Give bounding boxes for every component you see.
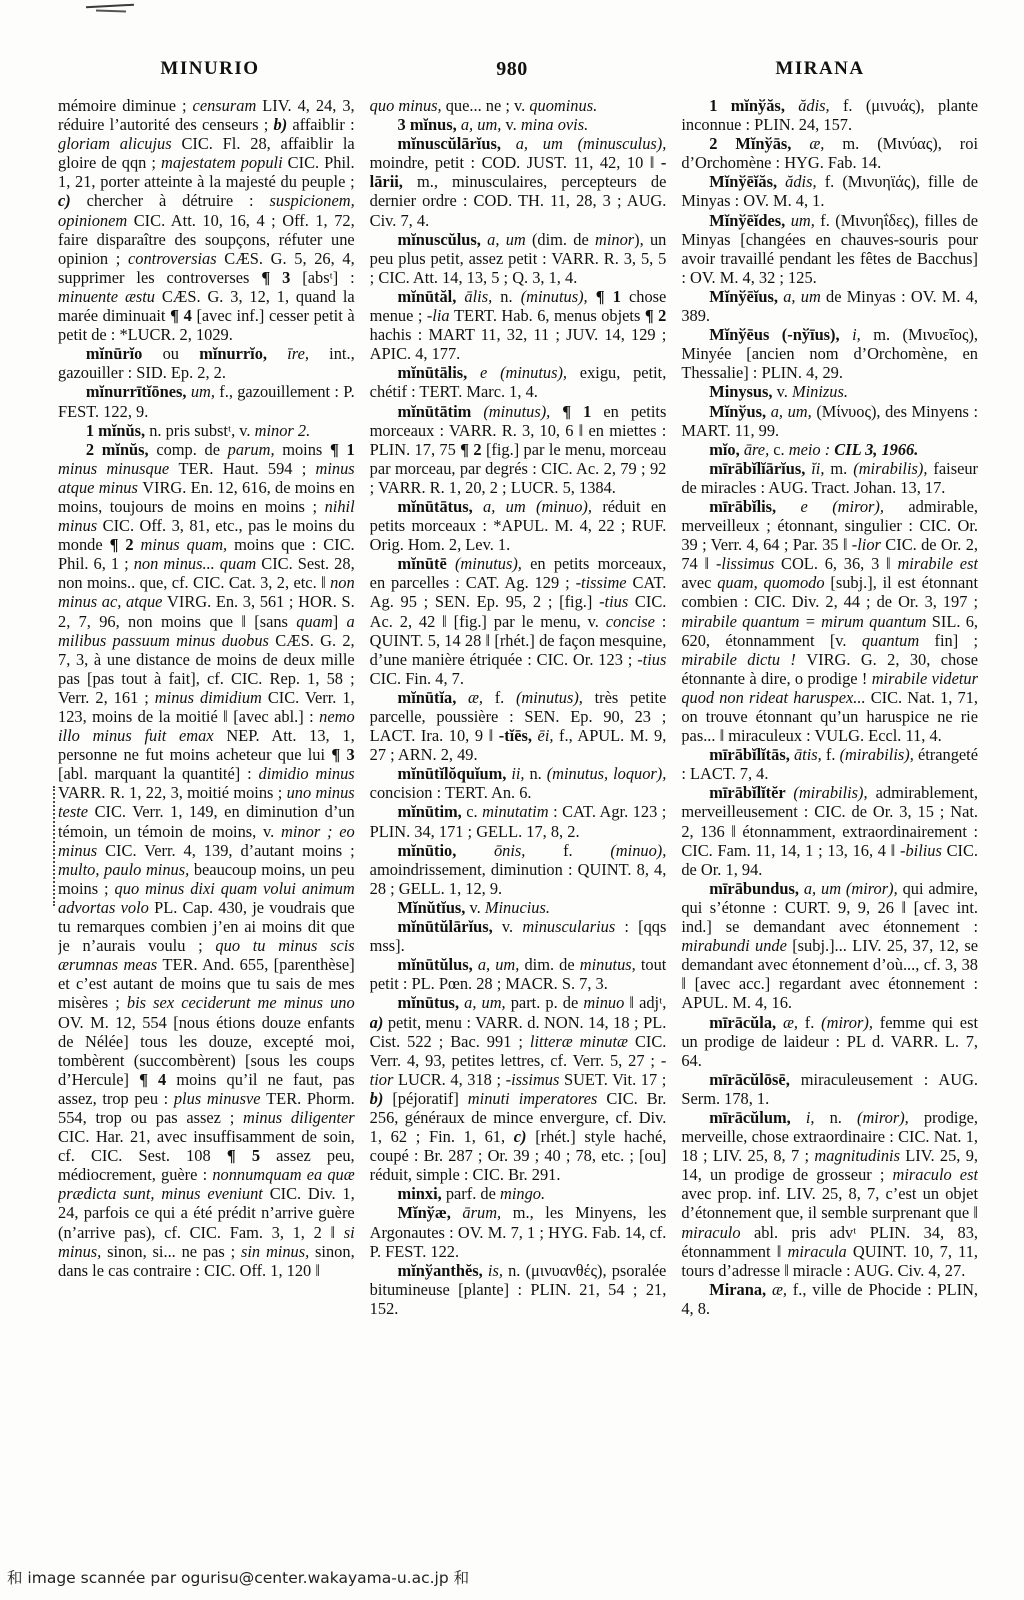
text-segment: -tissime — [576, 573, 633, 592]
text-segment: ‖ adjᵗ, — [629, 993, 666, 1012]
text-segment: mirabundi unde — [681, 936, 792, 955]
entry-paragraph: mĭnūtus, a, um, part. p. de minuo ‖ adjᵗ… — [370, 993, 667, 1184]
text-segment: f. — [805, 1013, 821, 1032]
text-segment: parum, — [228, 440, 283, 459]
page-number: 980 — [362, 58, 662, 81]
text-segment: v. — [502, 917, 522, 936]
text-segment: īre, — [287, 344, 329, 363]
text-segment: ¶ 4 — [139, 1070, 176, 1089]
scan-artifact-mark — [96, 9, 126, 12]
text-segment: (minuo), — [610, 841, 666, 860]
text-segment: 1 mĭnŭs, — [86, 421, 149, 440]
text-segment: censuram — [193, 96, 263, 115]
text-segment: a, um, — [771, 402, 817, 421]
entry-paragraph: 1 mĭnўăs, ădis, f. (μινυάς), plante inco… — [681, 96, 978, 134]
text-segment: magnitudinis — [814, 1146, 905, 1165]
entry-paragraph: minxi, parf. de mingo. — [370, 1184, 667, 1203]
text-segment: æ, — [468, 688, 495, 707]
text-column-1: mémoire diminue ; censuram LIV. 4, 24, 3… — [58, 96, 355, 1558]
text-segment: mĭnurrītĭōnes, — [86, 382, 191, 401]
text-segment: mĭnūtĭlŏquĭum, — [398, 764, 512, 783]
entry-paragraph: mīrācŭla, æ, f. (miror), femme qui est u… — [681, 1013, 978, 1070]
text-segment: CIC. Verr. 4, 139, d’autant moins ; — [105, 841, 355, 860]
entry-paragraph: mĭnūtātim (minutus), ¶ 1 en petits morce… — [370, 402, 667, 497]
text-segment: āre, — [744, 440, 773, 459]
text-segment: CIL 3, 1966. — [834, 440, 918, 459]
text-segment: mĭnūtē — [398, 554, 455, 573]
text-segment: concise — [606, 612, 662, 631]
text-segment: multo, paulo minus, — [58, 860, 194, 879]
text-segment: SUET. Vit. 17 ; — [564, 1070, 666, 1089]
text-segment: (miror), — [821, 1013, 880, 1032]
entry-paragraph: 1 mĭnŭs, n. pris substᵗ, v. minor 2. — [58, 421, 355, 440]
entry-paragraph: mĭnūtĭa, æ, f. (minutus), très petite pa… — [370, 688, 667, 764]
entry-paragraph: Mĭnўēĭăs, ădis, f. (Μινυηϊάς), fille de … — [681, 172, 978, 210]
text-segment: -issimus — [506, 1070, 564, 1089]
text-segment: quominus. — [529, 96, 597, 115]
text-segment: ālis, — [464, 287, 500, 306]
text-column-2: quo minus, que... ne ; v. quominus.3 mĭn… — [370, 96, 667, 1558]
text-segment: miraculo est — [893, 1165, 978, 1184]
entry-paragraph: mĭnūtŭlus, a, um, dim. de minutus, tout … — [370, 955, 667, 993]
text-segment: (minutus), — [455, 554, 530, 573]
text-segment: minuo — [583, 993, 629, 1012]
text-segment: mina ovis. — [521, 115, 588, 134]
text-column-3: 1 mĭnўăs, ădis, f. (μινυάς), plante inco… — [681, 96, 978, 1558]
text-segment: a, um, — [461, 115, 506, 134]
entry-paragraph: mĭnūtio, ōnis, f. (minuo), amoindrisseme… — [370, 841, 667, 898]
text-segment: Mĭnŭtĭus, — [398, 898, 470, 917]
text-segment: [péjoratif] — [392, 1089, 467, 1108]
text-segment: mĭnuscŭlārĭus, — [398, 134, 516, 153]
text-segment: (minutus), — [516, 688, 595, 707]
text-segment: ēi, — [538, 726, 560, 745]
text-segment: -lissimus — [716, 554, 781, 573]
entry-paragraph: mĭnўanthĕs, is, n. (μινυανθές), psoralée… — [370, 1261, 667, 1318]
text-segment: affaiblir : — [292, 115, 354, 134]
text-segment: ¶ 3 — [261, 268, 302, 287]
text-segment: n. — [830, 1108, 857, 1127]
text-segment: Mĭnўēĭus, — [709, 287, 783, 306]
text-segment: mirabile quantum = mirum quantum — [681, 612, 931, 631]
text-segment: æ, — [772, 1280, 793, 1299]
text-segment: c. — [773, 440, 788, 459]
entry-paragraph: mĭnurrītĭōnes, um, f., gazouillement : P… — [58, 382, 355, 420]
text-segment: ārum, — [462, 1203, 512, 1222]
text-segment: controversias — [128, 249, 224, 268]
text-segment: mĭnūtālis, — [398, 363, 480, 382]
text-segment: [abl. marquant la quantité] : — [58, 764, 259, 783]
scan-caption: 和 image scannée par ogurisu@center.wakay… — [7, 1566, 1017, 1588]
text-segment: ¶ 2 — [110, 535, 141, 554]
text-segment: dimidio minus — [259, 764, 355, 783]
text-segment: minus quam, — [141, 535, 235, 554]
text-segment: ¶ 1 — [330, 440, 355, 459]
entry-paragraph: mĭnūrĭo ou mĭnurrĭo, īre, int., gazouill… — [58, 344, 355, 382]
text-segment: mĭnuscŭlus, — [398, 230, 488, 249]
text-segment: ¶ 2 — [460, 440, 486, 459]
text-segment: minor — [595, 230, 634, 249]
entry-paragraph: Mĭnўēĭdes, um, f. (Μινυηΐδες), filles de… — [681, 211, 978, 287]
text-segment: parf. de — [446, 1184, 500, 1203]
entry-paragraph: mĭnūtē (minutus), en petits morceaux, en… — [370, 554, 667, 688]
entry-paragraph: 2 Mĭnўās, æ, m. (Μινύας), roi d’Orchomèn… — [681, 134, 978, 172]
entry-paragraph: Mĭnўēus (-nўīus), i, m. (Μινυεῖος), Miny… — [681, 325, 978, 382]
text-segment: dim. de — [524, 955, 579, 974]
text-segment: ¶ 2 — [645, 306, 667, 325]
text-segment: mīrācŭlōsē, — [709, 1070, 801, 1089]
text-segment: LUCR. 4, 318 ; — [398, 1070, 506, 1089]
text-segment: mĭnūtăl, — [398, 287, 465, 306]
text-segment: fin] ; — [935, 631, 979, 650]
text-segment: ātis, — [794, 745, 826, 764]
text-segment: Mirana, — [709, 1280, 772, 1299]
text-segment: mĭnўanthĕs, — [398, 1261, 488, 1280]
text-segment: meio : — [789, 440, 835, 459]
text-segment: ¶ 5 — [227, 1146, 276, 1165]
text-segment: comp. de — [156, 440, 227, 459]
text-segment: mĭnūtio, — [398, 841, 494, 860]
text-segment: 2 Mĭnўās, — [709, 134, 809, 153]
text-segment: ĭi, — [811, 459, 830, 478]
running-head-right-word: MIRANA — [664, 58, 976, 80]
text-segment: f. — [826, 745, 840, 764]
text-segment: mĭnūtātus, — [398, 497, 483, 516]
text-segment: a) — [370, 1013, 388, 1032]
text-segment: -lia — [427, 306, 454, 325]
text-segment: mĭnūtŭlārĭus, — [398, 917, 502, 936]
text-segment: minus diligenter — [243, 1108, 355, 1127]
text-segment: Mĭnўæ, — [398, 1203, 463, 1222]
text-segment: minxi, — [398, 1184, 446, 1203]
running-head: MINURIO 980 MIRANA — [0, 58, 1024, 88]
text-segment: i, — [852, 325, 873, 344]
text-segment: -bilius — [900, 841, 947, 860]
text-segment: is, — [488, 1261, 508, 1280]
text-segment: quantum — [862, 631, 935, 650]
text-segment: miraculo — [681, 1223, 754, 1242]
text-segment: gloriam alicujus — [58, 134, 181, 153]
text-segment: ădis, — [798, 96, 843, 115]
text-segment: 1 mĭnўăs, — [709, 96, 798, 115]
text-segment: TER. Haut. 594 ; — [178, 459, 315, 478]
text-segment: um, — [791, 211, 821, 230]
text-segment: majestatem populi — [161, 153, 288, 172]
text-segment: VARR. R. 1, 22, 3, moitié moins ; — [58, 783, 287, 802]
text-segment: (mirabilis), — [840, 745, 918, 764]
text-segment: sinon, si... ne pas ; — [107, 1242, 241, 1261]
entry-paragraph: 3 mĭnus, a, um, v. mina ovis. — [370, 115, 667, 134]
entry-paragraph: Mĭnўus, a, um, (Μίνυος), des Minyens : M… — [681, 402, 978, 440]
text-segment: avec prop. inf. LIV. 25, 8, 7, c’est un … — [681, 1184, 978, 1222]
text-segment: ¶ 3 — [331, 745, 354, 764]
text-segment: mīrācŭlum, — [709, 1108, 806, 1127]
text-segment: a, um, — [478, 955, 525, 974]
text-segment: 2 mĭnŭs, — [86, 440, 156, 459]
text-segment: mĭnūtŭlus, — [398, 955, 478, 974]
text-segment: c) — [514, 1127, 535, 1146]
text-segment: COL. 6, 36, 3 ‖ — [781, 554, 897, 573]
text-segment: n. — [500, 287, 520, 306]
entry-paragraph: Mĭnўēĭus, a, um de Minyas : OV. M. 4, 38… — [681, 287, 978, 325]
text-segment: Mĭnўēus (-nўīus), — [709, 325, 852, 344]
dictionary-page-scan: MINURIO 980 MIRANA mémoire diminue ; cen… — [0, 0, 1024, 1600]
entry-paragraph: mĭnuscŭlārĭus, a, um (minusculus), moind… — [370, 134, 667, 229]
text-segment: e (minutus), — [480, 363, 580, 382]
text-segment: minuscularius — [522, 917, 624, 936]
text-segment: Mĭnўēĭăs, — [709, 172, 785, 191]
entry-paragraph: mīrābĭlĭtĕr (mirabilis), admirablement, … — [681, 783, 978, 878]
text-segment: minuti imperatores — [468, 1089, 607, 1108]
text-columns: mémoire diminue ; censuram LIV. 4, 24, 3… — [58, 96, 978, 1558]
text-segment: -tius — [599, 592, 635, 611]
entry-paragraph: mĭnūtŭlārĭus, v. minuscularius : [qqs ms… — [370, 917, 667, 955]
entry-paragraph: mīrābĭlĭtās, ātis, f. (mirabilis), étran… — [681, 745, 978, 783]
text-segment: v. — [470, 898, 485, 917]
text-segment: mĭo, — [709, 440, 744, 459]
text-segment: (minutus), — [483, 402, 562, 421]
entry-paragraph: Mĭnўæ, ārum, m., les Minyens, les Argona… — [370, 1203, 667, 1260]
text-segment: a, um (miror), — [804, 879, 903, 898]
text-segment: sin minus, — [241, 1242, 315, 1261]
entry-paragraph: mĭnūtātus, a, um (minuo), réduit en peti… — [370, 497, 667, 554]
text-segment: avec — [681, 573, 717, 592]
text-segment: mĭnūtim, — [398, 802, 467, 821]
text-segment: mirabile est — [897, 554, 978, 573]
text-segment: ōnis, — [494, 841, 563, 860]
text-segment: mīrābundus, — [709, 879, 804, 898]
text-segment: æ, — [809, 134, 842, 153]
text-segment: [absᵗ] : — [302, 268, 354, 287]
text-segment: b) — [274, 115, 293, 134]
text-segment: quam, quomodo — [717, 573, 830, 592]
text-segment: Minucius. — [485, 898, 550, 917]
text-segment: mémoire diminue ; — [58, 96, 193, 115]
entry-paragraph: mīrābundus, a, um (miror), qui admire, q… — [681, 879, 978, 1013]
text-segment: mĭnūtus, — [398, 993, 465, 1012]
text-segment: m. — [830, 459, 853, 478]
text-segment: (minutus), — [521, 287, 596, 306]
text-segment: mīrābĭlĭtās, — [709, 745, 794, 764]
text-segment: -tius — [637, 650, 666, 669]
entry-paragraph: mīrācŭlum, i, n. (miror), prodige, merve… — [681, 1108, 978, 1280]
text-segment: n. — [529, 764, 546, 783]
text-segment: a, um — [487, 230, 532, 249]
text-segment: minuente æstu — [58, 287, 162, 306]
text-segment: a, um (minuo), — [483, 497, 602, 516]
text-segment: um, — [191, 382, 219, 401]
text-segment: quam — [296, 612, 332, 631]
text-segment: (minutus, loquor), — [547, 764, 667, 783]
text-segment: bis sex ceciderunt me minus uno — [127, 993, 355, 1012]
text-segment: mĭnūrĭo — [86, 344, 163, 363]
text-segment: moins — [282, 440, 330, 459]
entry-paragraph: mĭnuscŭlus, a, um (dim. de minor), un pe… — [370, 230, 667, 287]
text-segment: minutatim — [482, 802, 553, 821]
text-segment: chercher à détruire : — [87, 191, 270, 210]
text-segment: ¶ 4 — [170, 306, 196, 325]
scan-artifact-mark — [86, 4, 134, 9]
text-segment: Minizus. — [792, 382, 848, 401]
entry-paragraph: quo minus, que... ne ; v. quominus. — [370, 96, 667, 115]
text-segment: ii, — [511, 764, 529, 783]
text-segment: moindre, petit : COD. JUST. 11, 42, 10 ‖ — [370, 153, 661, 172]
text-segment: -lior — [852, 535, 886, 554]
text-segment: non minus... quam — [134, 554, 262, 573]
entry-paragraph: mémoire diminue ; censuram LIV. 4, 24, 3… — [58, 96, 355, 344]
text-segment: CIC. Fin. 4, 7. — [370, 669, 464, 688]
text-segment: f. — [495, 688, 516, 707]
scan-artifact-dotted-line — [53, 786, 55, 906]
text-segment: a, um — [783, 287, 826, 306]
text-segment: (dim. de — [532, 230, 595, 249]
text-segment: minutus, — [580, 955, 641, 974]
text-segment: ¶ 1 — [596, 287, 629, 306]
text-segment: ou — [163, 344, 200, 363]
text-segment: mīrābĭlĭārĭus, — [709, 459, 811, 478]
text-segment: -tĭēs, — [499, 726, 538, 745]
text-segment: mĭnūtĭa, — [398, 688, 468, 707]
text-segment: a, um (minusculus), — [516, 134, 667, 153]
entry-paragraph: mĭnūtăl, ālis, n. (minutus), ¶ 1 chose m… — [370, 287, 667, 363]
text-segment: hachis : MART 11, 32, 11 ; JUV. 14, 129 … — [370, 325, 667, 363]
text-segment: ¶ 1 — [562, 402, 603, 421]
running-head-left-word: MINURIO — [60, 58, 360, 80]
entry-paragraph: Minysus, v. Minizus. — [681, 382, 978, 401]
text-segment: (miror), — [857, 1108, 924, 1127]
text-segment: mĭnurrĭo, — [199, 344, 287, 363]
text-segment: litteræ minutæ — [530, 1032, 635, 1051]
entry-paragraph: Mirana, æ, f., ville de Phocide : PLIN, … — [681, 1280, 978, 1318]
text-segment: mirabile dictu ! — [681, 650, 806, 669]
text-segment: Mĭnўēĭdes, — [709, 211, 790, 230]
text-segment: i, — [806, 1108, 830, 1127]
text-segment: mingo. — [500, 1184, 545, 1203]
text-segment: part. p. de — [511, 993, 584, 1012]
text-segment: n. pris substᵗ, v. — [149, 421, 254, 440]
text-segment: ădis, — [785, 172, 825, 191]
text-segment: mīrābĭlis, — [709, 497, 800, 516]
text-segment: 3 mĭnus, — [398, 115, 461, 134]
text-segment: æ, — [783, 1013, 805, 1032]
text-segment: v. — [777, 382, 792, 401]
text-segment: v. — [505, 115, 520, 134]
text-segment: (mirabilis), — [853, 459, 933, 478]
text-segment: concision : TERT. An. 6. — [370, 783, 532, 802]
text-segment: quo minus, — [370, 96, 446, 115]
entry-paragraph: mīrābĭlĭārĭus, ĭi, m. (mirabilis), faise… — [681, 459, 978, 497]
entry-paragraph: mĭnūtim, c. minutatim : CAT. Agr. 123 ; … — [370, 802, 667, 840]
entry-paragraph: mĭnūtĭlŏquĭum, ii, n. (minutus, loquor),… — [370, 764, 667, 802]
text-segment: amoindrissement, diminution : QUINT. 8, … — [370, 860, 667, 898]
text-segment: mĭnūtātim — [398, 402, 484, 421]
entry-paragraph: mĭo, āre, c. meio : CIL 3, 1966. — [681, 440, 978, 459]
text-segment: c. — [466, 802, 482, 821]
text-segment: plus minusve — [174, 1089, 266, 1108]
text-segment: TERT. Hab. 6, menus objets — [454, 306, 645, 325]
text-segment: minus minusque — [58, 459, 178, 478]
entry-paragraph: Mĭnŭtĭus, v. Minucius. — [370, 898, 667, 917]
text-segment: mīrābĭlĭtĕr — [709, 783, 793, 802]
entry-paragraph: 2 mĭnŭs, comp. de parum, moins ¶ 1 minus… — [58, 440, 355, 1280]
text-segment: miracula — [788, 1242, 853, 1261]
text-segment: a, um, — [464, 993, 511, 1012]
text-segment: c) — [58, 191, 87, 210]
text-segment: b) — [370, 1089, 393, 1108]
text-segment: minor 2. — [255, 421, 311, 440]
text-segment: Mĭnўus, — [709, 402, 771, 421]
entry-paragraph: mīrābĭlis, e (miror), admirable, merveil… — [681, 497, 978, 745]
text-segment: (mirabilis), — [793, 783, 875, 802]
text-segment: ] — [333, 612, 347, 631]
text-segment: e (miror), — [801, 497, 909, 516]
text-segment: que... ne ; v. — [446, 96, 530, 115]
entry-paragraph: mīrācŭlōsē, miraculeusement : AUG. Serm.… — [681, 1070, 978, 1108]
entry-paragraph: mĭnūtālis, e (minutus), exigu, petit, ch… — [370, 363, 667, 401]
text-segment: Minysus, — [709, 382, 776, 401]
text-segment: minus dimidium — [155, 688, 268, 707]
text-segment: f. — [563, 841, 610, 860]
text-segment: mīrācŭla, — [709, 1013, 783, 1032]
